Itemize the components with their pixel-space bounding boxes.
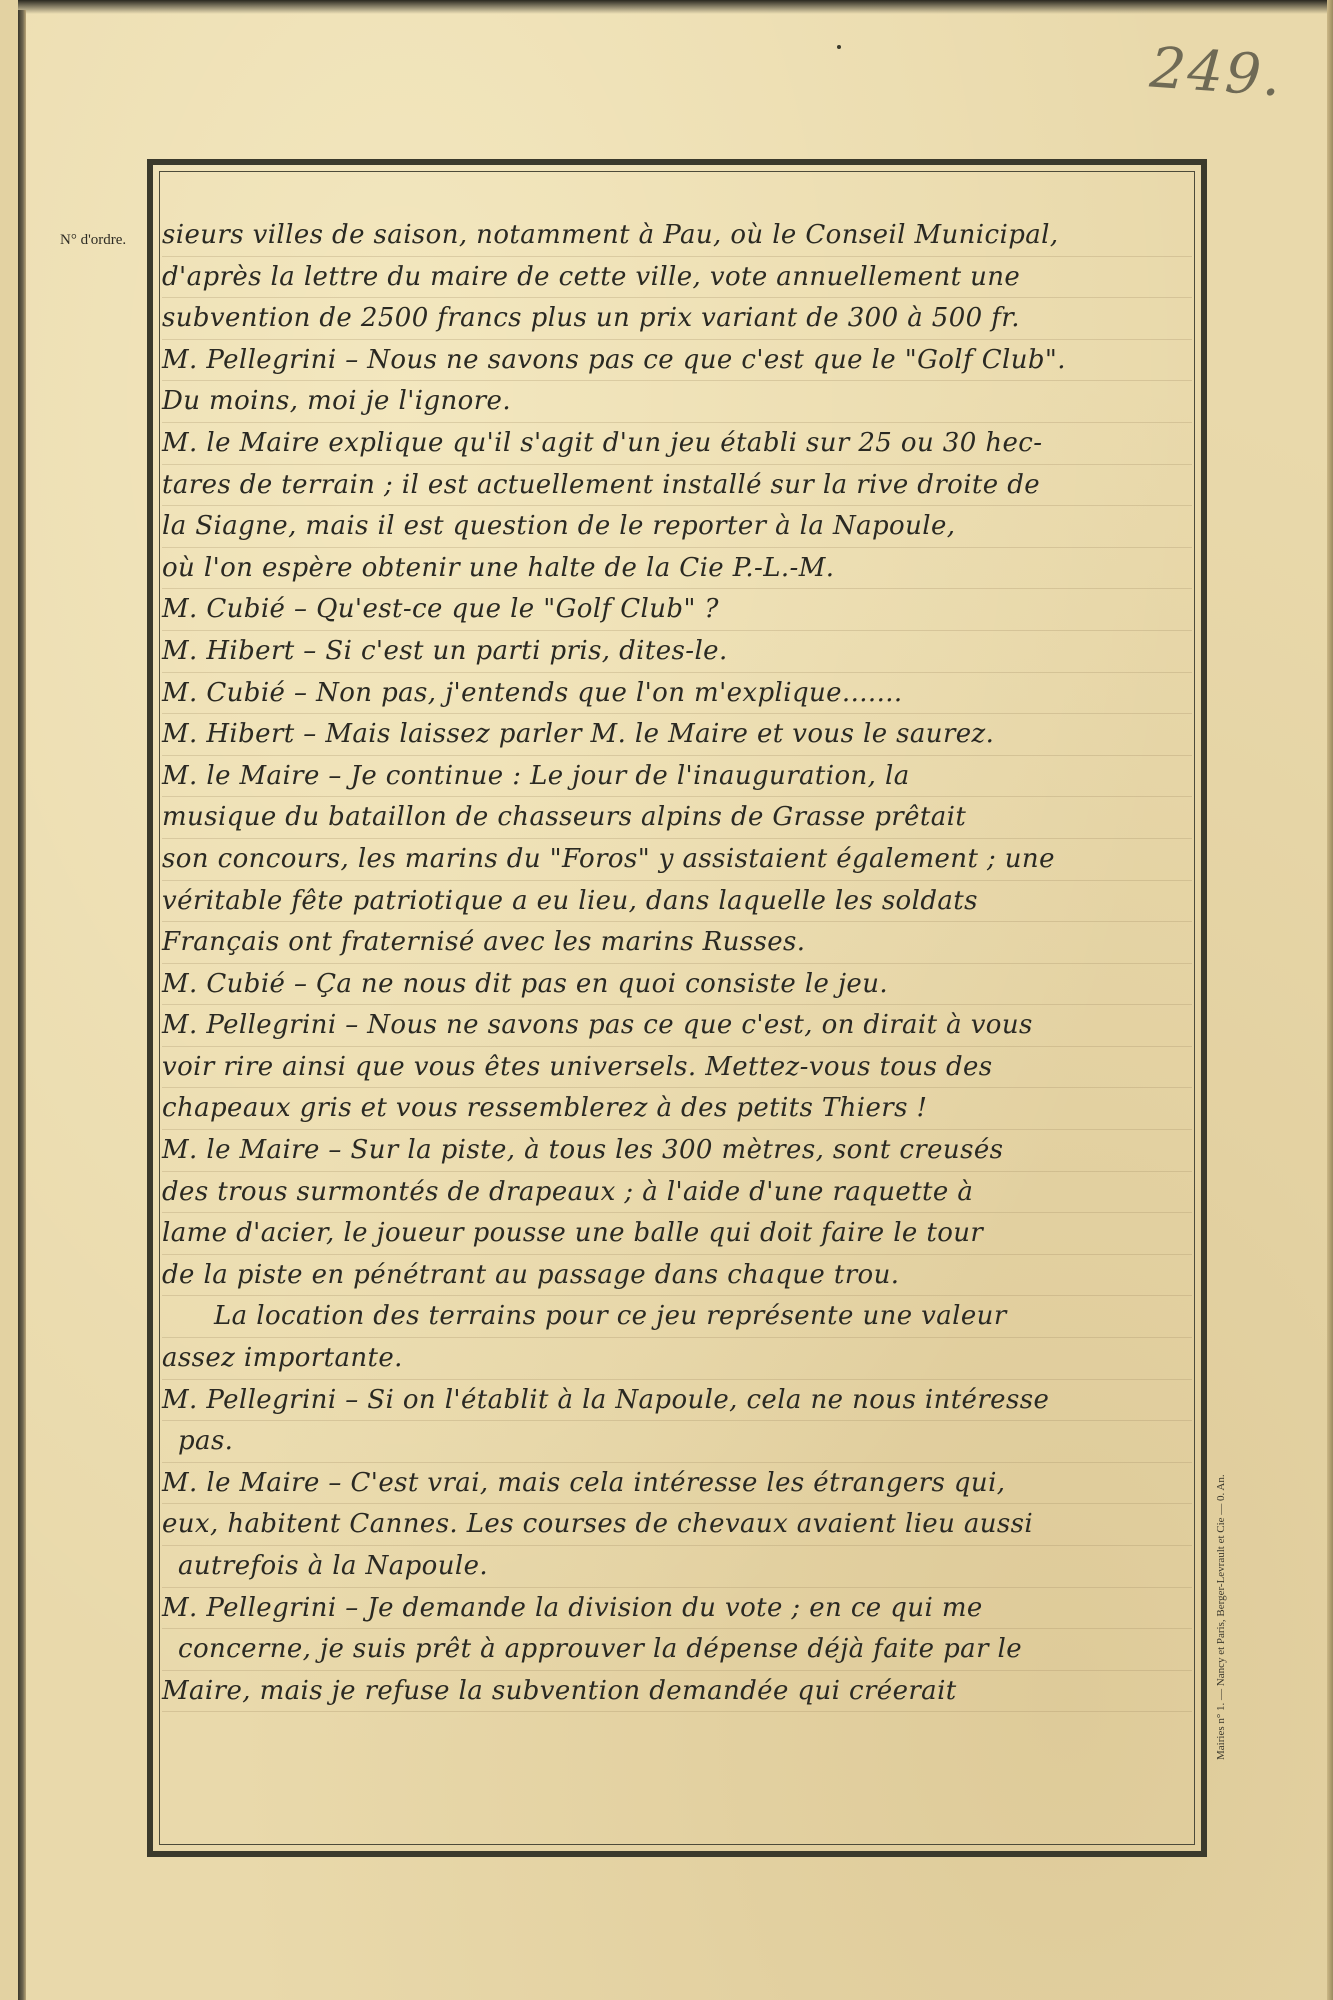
text-line: assez importante. (162, 1338, 1192, 1380)
text-line: M. Hibert – Mais laissez parler M. le Ma… (162, 714, 1192, 756)
text-line: subvention de 2500 francs plus un prix v… (162, 298, 1192, 340)
text-line: pas. (162, 1421, 1192, 1463)
text-line: M. Hibert – Si c'est un parti pris, dite… (162, 631, 1192, 673)
facing-page-edge (0, 0, 18, 2000)
text-line: voir rire ainsi que vous êtes universels… (162, 1047, 1192, 1089)
handwritten-minutes: sieurs villes de saison, notamment à Pau… (162, 215, 1192, 1712)
book-binding (18, 10, 26, 2000)
text-line: M. le Maire – C'est vrai, mais cela inté… (162, 1463, 1192, 1505)
text-line: d'après la lettre du maire de cette vill… (162, 257, 1192, 299)
text-line: tares de terrain ; il est actuellement i… (162, 465, 1192, 507)
text-line: M. Pellegrini – Nous ne savons pas ce qu… (162, 340, 1192, 382)
text-line: M. Cubié – Ça ne nous dit pas en quoi co… (162, 964, 1192, 1006)
text-line: lame d'acier, le joueur pousse une balle… (162, 1213, 1192, 1255)
text-line: M. le Maire – Sur la piste, à tous les 3… (162, 1130, 1192, 1172)
text-line: eux, habitent Cannes. Les courses de che… (162, 1504, 1192, 1546)
text-line: la Siagne, mais il est question de le re… (162, 506, 1192, 548)
text-line: véritable fête patriotique a eu lieu, da… (162, 881, 1192, 923)
text-line: M. Cubié – Qu'est-ce que le "Golf Club" … (162, 589, 1192, 631)
text-line: M. Pellegrini – Si on l'établit à la Nap… (162, 1380, 1192, 1422)
text-line: M. Pellegrini – Nous ne savons pas ce qu… (162, 1005, 1192, 1047)
text-line: autrefois à la Napoule. (162, 1546, 1192, 1588)
text-line: musique du bataillon de chasseurs alpins… (162, 797, 1192, 839)
order-number-label: N° d'ordre. (60, 232, 126, 249)
text-line: Maire, mais je refuse la subvention dema… (162, 1671, 1192, 1713)
ink-spot (837, 45, 841, 49)
page-number: 249. (1148, 35, 1285, 109)
page-right-edge (1327, 0, 1333, 2000)
text-line: son concours, les marins du "Foros" y as… (162, 839, 1192, 881)
text-line: M. Cubié – Non pas, j'entends que l'on m… (162, 673, 1192, 715)
text-line: M. le Maire – Je continue : Le jour de l… (162, 756, 1192, 798)
text-line: M. le Maire explique qu'il s'agit d'un j… (162, 423, 1192, 465)
book-top-shadow (0, 0, 1333, 14)
text-line: des trous surmontés de drapeaux ; à l'ai… (162, 1172, 1192, 1214)
text-line: de la piste en pénétrant au passage dans… (162, 1255, 1192, 1297)
printer-imprint: Mairies n° 1. — Nancy et Paris, Berger-L… (1215, 1474, 1227, 1760)
text-line: sieurs villes de saison, notamment à Pau… (162, 215, 1192, 257)
text-line: Du moins, moi je l'ignore. (162, 381, 1192, 423)
text-line: concerne, je suis prêt à approuver la dé… (162, 1629, 1192, 1671)
text-line: où l'on espère obtenir une halte de la C… (162, 548, 1192, 590)
text-line: Français ont fraternisé avec les marins … (162, 922, 1192, 964)
text-line: chapeaux gris et vous ressemblerez à des… (162, 1088, 1192, 1130)
text-line-paragraph-start: La location des terrains pour ce jeu rep… (162, 1296, 1192, 1338)
text-line: M. Pellegrini – Je demande la division d… (162, 1588, 1192, 1630)
